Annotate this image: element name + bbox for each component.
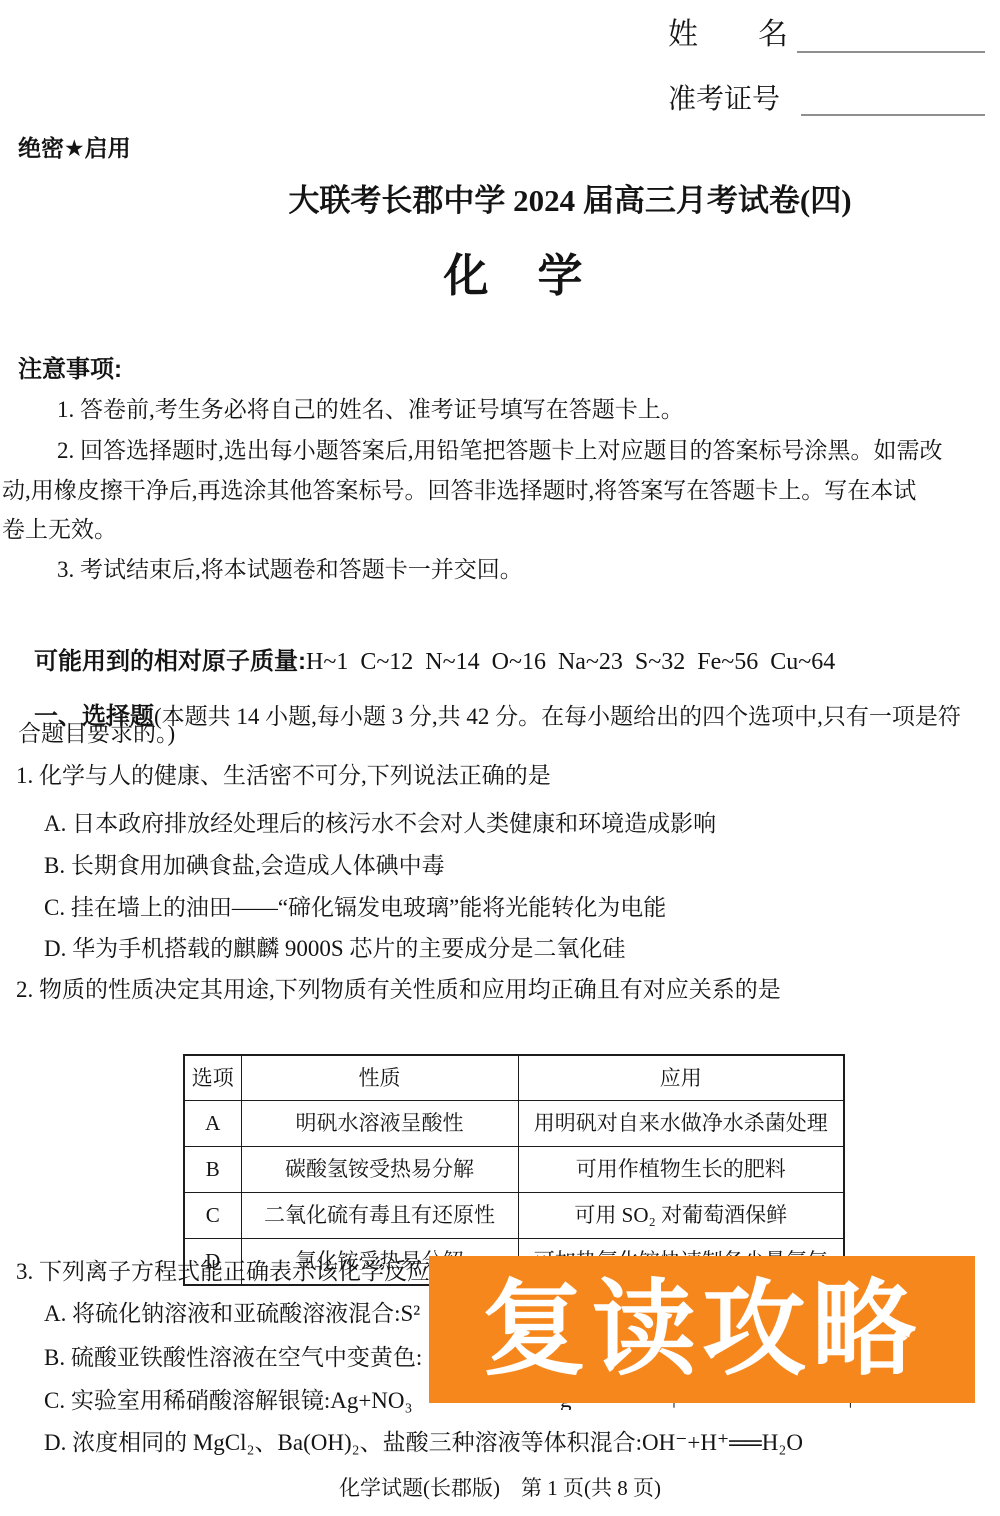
- question-3-stem: 3. 下列离子方程式能正确表示该化学反应: [16, 1258, 430, 1287]
- notice-line-5: 3. 考试结束后,将本试题卷和答题卡一并交回。: [57, 556, 523, 585]
- notice-line-1: 1. 答卷前,考生务必将自己的姓名、准考证号填写在答题卡上。: [57, 396, 684, 425]
- table-header-property: 性质: [241, 1055, 518, 1101]
- question-3-option-b: B. 硫酸亚铁酸性溶液在空气中变黄色:: [44, 1344, 422, 1373]
- student-name-blank-line: [797, 51, 985, 53]
- exam-title: 大联考长郡中学 2024 届高三月考试卷(四): [150, 182, 990, 221]
- admission-number-label: 准考证号: [668, 82, 780, 117]
- admission-number-blank-line: [801, 114, 985, 116]
- section-1-intro-line-2: 合题目要求的。): [18, 720, 175, 749]
- table-cell: 可用 SO₂ 对葡萄酒保鲜: [518, 1193, 844, 1239]
- question-3-option-d: D. 浓度相同的 MgCl₂、Ba(OH)₂、盐酸三种溶液等体积混合:OH⁻+H…: [44, 1429, 803, 1458]
- page-footer: 化学试题(长郡版) 第 1 页(共 8 页): [0, 1472, 1000, 1502]
- student-name-label: 姓 名: [668, 16, 788, 54]
- atomic-mass-label: 可能用到的相对原子质量:: [34, 648, 306, 675]
- section-1-intro-line-1: (本题共 14 小题,每小题 3 分,共 42 分。在每小题给出的四个选项中,只…: [154, 704, 961, 729]
- question-1-option-d: D. 华为手机搭载的麒麟 9000S 芯片的主要成分是二氧化硅: [44, 935, 625, 964]
- question-2-stem: 2. 物质的性质决定其用途,下列物质有关性质和应用均正确且有对应关系的是: [16, 976, 781, 1005]
- question-1-option-a: A. 日本政府排放经处理后的核污水不会对人类健康和环境造成影响: [44, 810, 716, 839]
- notice-line-4: 卷上无效。: [2, 516, 117, 545]
- table-cell: 碳酸氢铵受热易分解: [241, 1147, 518, 1193]
- table-cell: 可用作植物生长的肥料: [518, 1147, 844, 1193]
- secrecy-notice: 绝密★启用: [18, 134, 131, 163]
- table-cell: B: [184, 1147, 241, 1193]
- notice-line-2: 2. 回答选择题时,选出每小题答案后,用铅笔把答题卡上对应题目的答案标号涂黑。如…: [57, 437, 943, 466]
- question-1-stem: 1. 化学与人的健康、生活密不可分,下列说法正确的是: [16, 762, 551, 791]
- subject-title: 化 学: [28, 248, 1000, 304]
- notice-heading: 注意事项:: [18, 355, 122, 385]
- table-cell: 二氧化硫有毒且有还原性: [241, 1193, 518, 1239]
- table-cell: 明矾水溶液呈酸性: [241, 1101, 518, 1147]
- table-cell: 用明矾对自来水做净水杀菌处理: [518, 1101, 844, 1147]
- watermark-text: 复读攻略: [482, 1278, 922, 1382]
- question-3-option-c: C. 实验室用稀硝酸溶解银镜:Ag+NO₃: [44, 1387, 413, 1416]
- table-header-option: 选项: [184, 1055, 241, 1101]
- question-1-option-b: B. 长期食用加碘食盐,会造成人体碘中毒: [44, 852, 445, 881]
- question-1-option-c: C. 挂在墙上的油田——“碲化镉发电玻璃”能将光能转化为电能: [44, 894, 666, 923]
- watermark-banner: 复读攻略: [429, 1256, 975, 1403]
- table-cell: C: [184, 1193, 241, 1239]
- notice-line-3: 动,用橡皮擦干净后,再选涂其他答案标号。回答非选择题时,将答案写在答题卡上。写在…: [2, 477, 916, 506]
- table-cell: A: [184, 1101, 241, 1147]
- table-header-application: 应用: [518, 1055, 844, 1101]
- atomic-mass-values: H~1 C~12 N~14 O~16 Na~23 S~32 Fe~56 Cu~6…: [306, 649, 835, 675]
- question-3-option-a: A. 将硫化钠溶液和亚硫酸溶液混合:S²: [44, 1300, 420, 1329]
- exam-paper-page: 姓 名 准考证号 绝密★启用 大联考长郡中学 2024 届高三月考试卷(四) 化…: [0, 0, 1000, 1516]
